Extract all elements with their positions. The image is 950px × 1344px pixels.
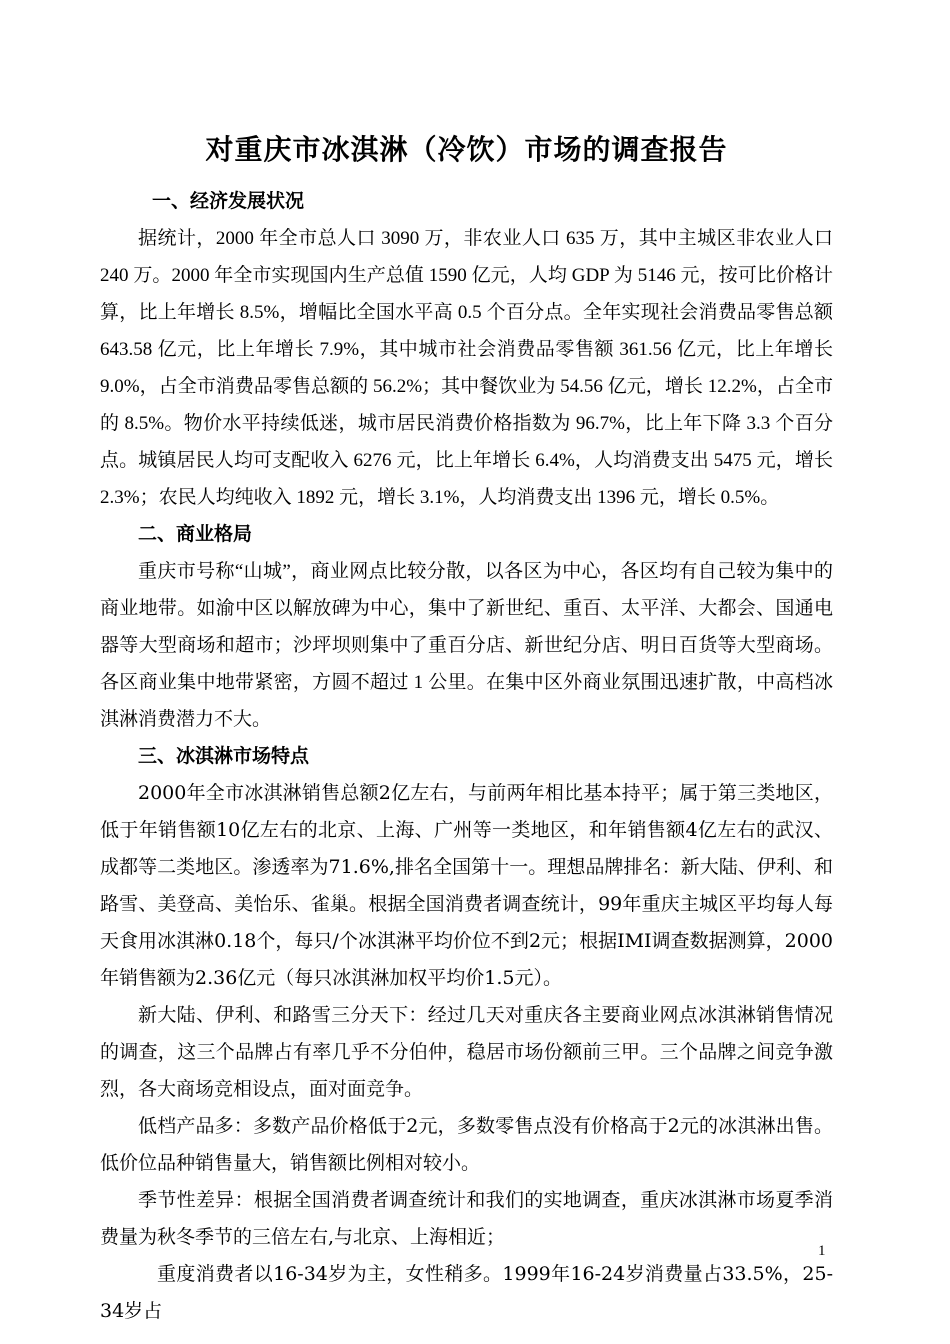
section-heading-economy: 一、经济发展状况	[100, 183, 833, 220]
paragraph-heavy-consumers: 重度消费者以16-34岁为主，女性稍多。1999年16-24岁消费量占33.5%…	[100, 1256, 833, 1330]
page-number: 1	[818, 1242, 826, 1260]
paragraph-economy: 据统计，2000 年全市总人口 3090 万，非农业人口 635 万，其中主城区…	[100, 220, 833, 516]
section-heading-commerce: 二、商业格局	[100, 516, 833, 553]
paragraph-low-end-products: 低档产品多：多数产品价格低于2元，多数零售点没有价格高于2元的冰淇淋出售。低价位…	[100, 1108, 833, 1182]
document-page: 对重庆市冰淇淋（冷饮）市场的调查报告 一、经济发展状况 据统计，2000 年全市…	[0, 0, 950, 1344]
paragraph-market-overview: 2000年全市冰淇淋销售总额2亿左右，与前两年相比基本持平；属于第三类地区，低于…	[100, 775, 833, 997]
paragraph-commerce: 重庆市号称“山城”，商业网点比较分散，以各区为中心，各区均有自己较为集中的商业地…	[100, 553, 833, 738]
document-title: 对重庆市冰淇淋（冷饮）市场的调查报告	[100, 128, 833, 172]
section-heading-icecream-market: 三、冰淇淋市场特点	[100, 738, 833, 775]
paragraph-three-brands: 新大陆、伊利、和路雪三分天下：经过几天对重庆各主要商业网点冰淇淋销售情况的调查，…	[100, 997, 833, 1108]
document-body: 对重庆市冰淇淋（冷饮）市场的调查报告 一、经济发展状况 据统计，2000 年全市…	[100, 0, 833, 1330]
paragraph-seasonal-difference: 季节性差异：根据全国消费者调查统计和我们的实地调查，重庆冰淇淋市场夏季消费量为秋…	[100, 1182, 833, 1256]
